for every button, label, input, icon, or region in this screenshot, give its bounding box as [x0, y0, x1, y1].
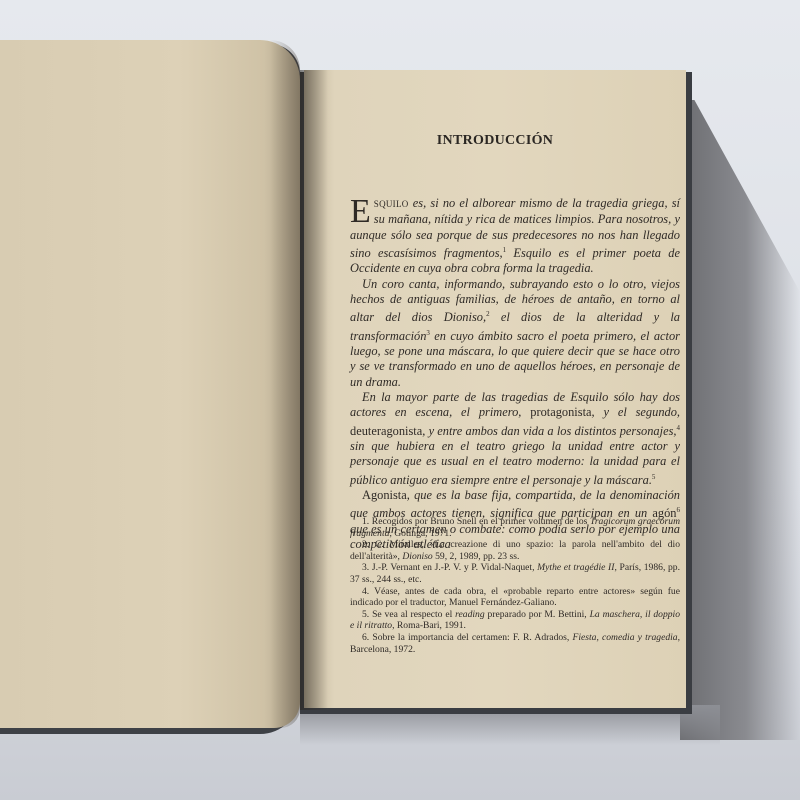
- footnote-1: 1. Recogidos por Bruno Snell en el prime…: [350, 516, 680, 539]
- footnote-ref: 6: [677, 506, 681, 514]
- footnote-3: 3. J.-P. Vernant en J.-P. V. y P. Vidal-…: [350, 562, 680, 585]
- page-gutter: [300, 70, 328, 710]
- footnotes: 1. Recogidos por Bruno Snell en el prime…: [350, 516, 680, 655]
- drop-cap: E: [350, 198, 371, 226]
- footnote-ref: 4: [677, 424, 681, 432]
- footnote-5: 5. Se vea al respecto el reading prepara…: [350, 609, 680, 632]
- footnote-ref: 5: [652, 473, 656, 481]
- cast-shadow: [680, 100, 800, 740]
- footnote-6: 6. Sobre la importancia del certamen: F.…: [350, 632, 680, 655]
- left-page-blank: [0, 40, 300, 728]
- footnote-4: 4. Véase, antes de cada obra, el «probab…: [350, 586, 680, 609]
- body-text: ESQUILO es, si no el alborear mismo de l…: [350, 196, 680, 552]
- paragraph-3: En la mayor parte de las tragedias de Es…: [350, 390, 680, 488]
- chapter-title: INTRODUCCIÓN: [304, 133, 686, 149]
- paragraph-2: Un coro canta, informando, subrayando es…: [350, 277, 680, 390]
- footnote-2: 2. C. Miralles, «La creazione di uno spa…: [350, 539, 680, 562]
- paragraph-1: ESQUILO es, si no el alborear mismo de l…: [350, 196, 680, 277]
